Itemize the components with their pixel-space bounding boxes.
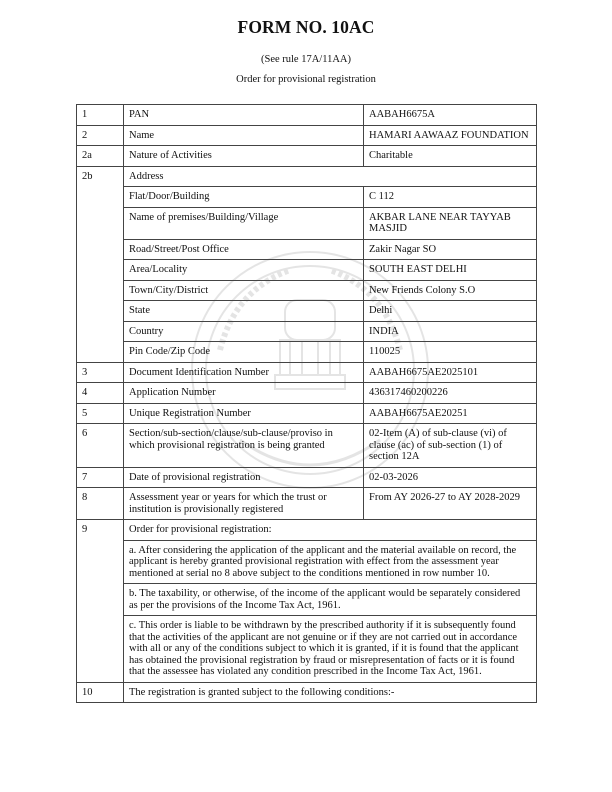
field-label: Document Identification Number: [124, 362, 364, 383]
field-label: Area/Locality: [124, 260, 364, 281]
document-id-value: AABAH6675AE2025101: [364, 362, 537, 383]
address-row: Road/Street/Post Office Zakir Nagar SO: [77, 239, 537, 260]
field-label: State: [124, 301, 364, 322]
field-label: Section/sub-section/clause/sub-clause/pr…: [124, 424, 364, 468]
table-row: 10 The registration is granted subject t…: [77, 682, 537, 703]
field-label: Pin Code/Zip Code: [124, 342, 364, 363]
field-value: Delhi: [364, 301, 537, 322]
order-paragraph-row: b. The taxability, or otherwise, of the …: [77, 584, 537, 616]
address-row: Pin Code/Zip Code 110025: [77, 342, 537, 363]
field-label: Road/Street/Post Office: [124, 239, 364, 260]
date-value: 02-03-2026: [364, 467, 537, 488]
field-label: Unique Registration Number: [124, 403, 364, 424]
table-row: 4 Application Number 436317460200226: [77, 383, 537, 404]
order-paragraph: b. The taxability, or otherwise, of the …: [124, 584, 537, 616]
row-number: 7: [77, 467, 124, 488]
field-value: C 112: [364, 187, 537, 208]
table-row: 8 Assessment year or years for which the…: [77, 488, 537, 520]
table-row: 2b Address: [77, 166, 537, 187]
row-number: 6: [77, 424, 124, 468]
table-row: 3 Document Identification Number AABAH66…: [77, 362, 537, 383]
field-label: Nature of Activities: [124, 146, 364, 167]
field-label: Application Number: [124, 383, 364, 404]
table-row: 7 Date of provisional registration 02-03…: [77, 467, 537, 488]
row-number: 4: [77, 383, 124, 404]
order-paragraph-row: a. After considering the application of …: [77, 540, 537, 584]
registration-table: 1 PAN AABAH6675A 2 Name HAMARI AAWAAZ FO…: [76, 104, 537, 703]
address-row: State Delhi: [77, 301, 537, 322]
field-value: AKBAR LANE NEAR TAYYAB MASJID: [364, 207, 537, 239]
field-value: Zakir Nagar SO: [364, 239, 537, 260]
order-paragraph: c. This order is liable to be withdrawn …: [124, 616, 537, 683]
field-label: Town/City/District: [124, 280, 364, 301]
name-value: HAMARI AAWAAZ FOUNDATION: [364, 125, 537, 146]
row-number: 9: [77, 520, 124, 683]
table-row: 1 PAN AABAH6675A: [77, 105, 537, 126]
order-heading: Order for provisional registration:: [124, 520, 537, 541]
row-number: 10: [77, 682, 124, 703]
address-heading: Address: [124, 166, 537, 187]
field-label: PAN: [124, 105, 364, 126]
row-number: 3: [77, 362, 124, 383]
field-label: Country: [124, 321, 364, 342]
field-label: Flat/Door/Building: [124, 187, 364, 208]
section-value: 02-Item (A) of sub-clause (vi) of clause…: [364, 424, 537, 468]
row-number: 2: [77, 125, 124, 146]
row-number: 8: [77, 488, 124, 520]
table-row: 9 Order for provisional registration:: [77, 520, 537, 541]
activities-value: Charitable: [364, 146, 537, 167]
field-label: Assessment year or years for which the t…: [124, 488, 364, 520]
row-number: 2a: [77, 146, 124, 167]
form-title: FORM NO. 10AC: [0, 17, 612, 38]
table-row: 6 Section/sub-section/clause/sub-clause/…: [77, 424, 537, 468]
field-value: INDIA: [364, 321, 537, 342]
field-value: SOUTH EAST DELHI: [364, 260, 537, 281]
address-row: Flat/Door/Building C 112: [77, 187, 537, 208]
order-paragraph: a. After considering the application of …: [124, 540, 537, 584]
table-row: 5 Unique Registration Number AABAH6675AE…: [77, 403, 537, 424]
row-number: 2b: [77, 166, 124, 362]
assessment-year-value: From AY 2026-27 to AY 2028-2029: [364, 488, 537, 520]
row-number: 1: [77, 105, 124, 126]
order-paragraph-row: c. This order is liable to be withdrawn …: [77, 616, 537, 683]
registration-number-value: AABAH6675AE20251: [364, 403, 537, 424]
table-row: 2a Nature of Activities Charitable: [77, 146, 537, 167]
address-row: Town/City/District New Friends Colony S.…: [77, 280, 537, 301]
address-row: Country INDIA: [77, 321, 537, 342]
field-value: New Friends Colony S.O: [364, 280, 537, 301]
form-rule: (See rule 17A/11AA): [0, 54, 612, 65]
row-number: 5: [77, 403, 124, 424]
field-label: Name of premises/Building/Village: [124, 207, 364, 239]
field-label: Date of provisional registration: [124, 467, 364, 488]
conditions-heading: The registration is granted subject to t…: [124, 682, 537, 703]
application-number-value: 436317460200226: [364, 383, 537, 404]
field-label: Name: [124, 125, 364, 146]
address-row: Name of premises/Building/Village AKBAR …: [77, 207, 537, 239]
address-row: Area/Locality SOUTH EAST DELHI: [77, 260, 537, 281]
table-row: 2 Name HAMARI AAWAAZ FOUNDATION: [77, 125, 537, 146]
form-subtitle: Order for provisional registration: [0, 74, 612, 85]
pan-value: AABAH6675A: [364, 105, 537, 126]
field-value: 110025: [364, 342, 537, 363]
